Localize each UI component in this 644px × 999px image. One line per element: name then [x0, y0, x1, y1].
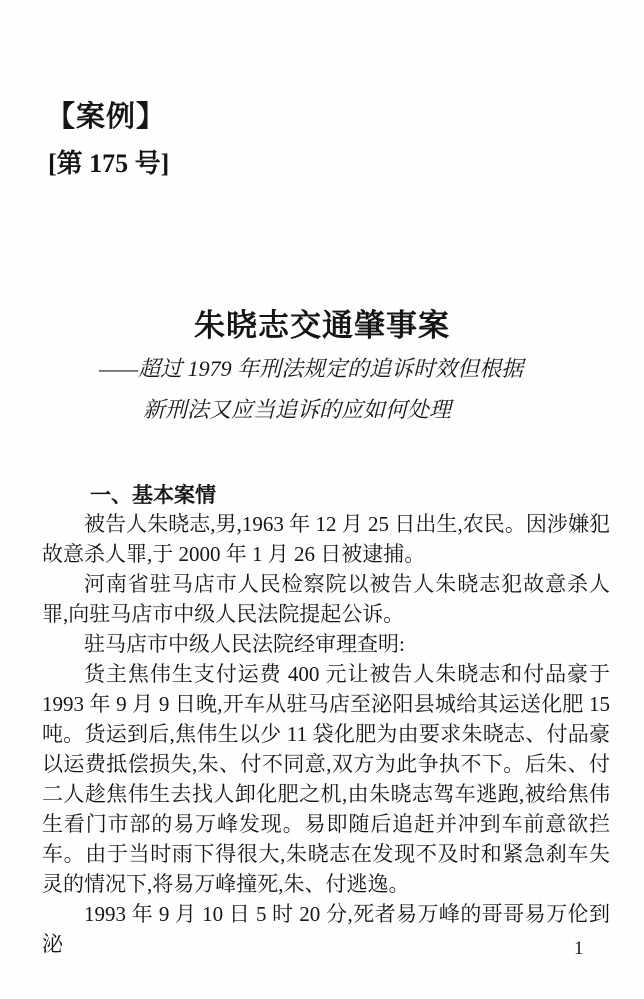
case-subtitle-line2: 新刑法又应当追诉的应如何处理 — [143, 393, 523, 424]
paragraph-incident-details: 货主焦伟生支付运费 400 元让被告人朱晓志和付品豪于 1993 年 9 月 9… — [42, 659, 610, 899]
case-subtitle-line1: ——超过 1979 年刑法规定的追诉时效但根据 — [99, 352, 523, 383]
document-page: 【案例】 [第 175 号] 朱晓志交通肇事案 ——超过 1979 年刑法规定的… — [0, 0, 644, 999]
page-number: 1 — [574, 938, 584, 960]
paragraph-aftermath: 1993 年 9 月 10 日 5 时 20 分,死者易万峰的哥哥易万伦到泌 — [42, 899, 610, 959]
paragraph-defendant-info: 被告人朱晓志,男,1963 年 12 月 25 日出生,农民。因涉嫌犯故意杀人罪… — [42, 509, 610, 569]
case-body: 被告人朱晓志,男,1963 年 12 月 25 日出生,农民。因涉嫌犯故意杀人罪… — [42, 509, 610, 959]
case-label: 【案例】 — [46, 94, 166, 135]
case-title: 朱晓志交通肇事案 — [0, 300, 644, 345]
paragraph-prosecution: 河南省驻马店市人民检察院以被告人朱晓志犯故意杀人罪,向驻马店市中级人民法院提起公… — [42, 569, 610, 629]
section-heading-basic-facts: 一、基本案情 — [90, 479, 216, 509]
case-number: [第 175 号] — [48, 143, 169, 180]
paragraph-court-finding-intro: 驻马店市中级人民法院经审理查明: — [42, 629, 610, 659]
case-subtitle: ——超过 1979 年刑法规定的追诉时效但根据 新刑法又应当追诉的应如何处理 — [99, 352, 523, 424]
